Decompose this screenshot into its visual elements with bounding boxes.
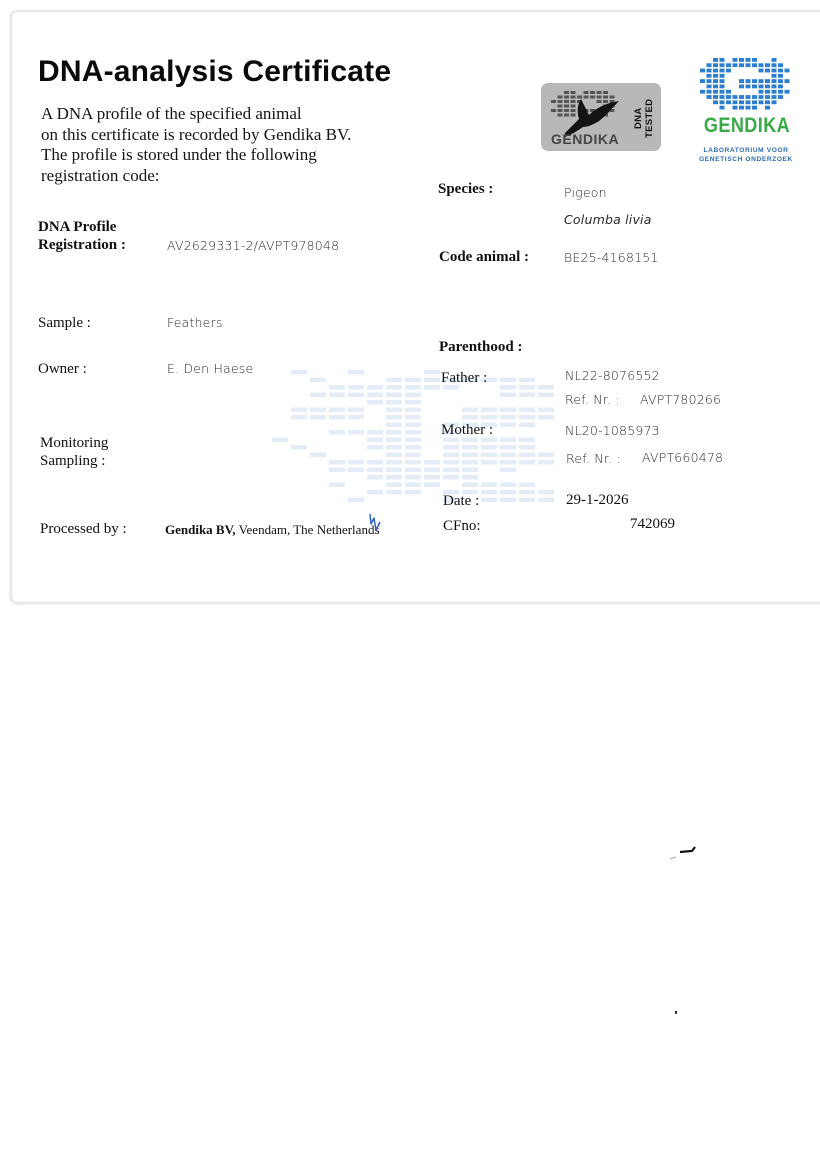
mother-ref-label: Ref. Nr. : [566,451,621,466]
monitoring-label: Sampling : [40,453,105,470]
dna-tested-sticker: GENDIKA DNA TESTED [541,83,661,151]
mother-ref-value: AVPT660478 [642,450,723,465]
intro-line: on this certificate is recorded by Gendi… [41,125,441,146]
mother-label: Mother : [441,422,493,439]
processed-location: Veendam, The Netherlands [236,522,380,537]
gendika-logo-icon [700,58,792,112]
intro-line: registration code: [41,166,441,187]
code-animal-label: Code animal : [439,249,529,266]
father-ref-value: AVPT780266 [640,392,721,407]
sample-value: Feathers [167,315,223,330]
cfno-label: CFno: [443,518,481,535]
father-value: NL22-8076552 [565,368,660,383]
processed-company: Gendika BV, [165,522,236,537]
registration-label: Registration : [38,237,126,254]
certificate-title: DNA-analysis Certificate [38,55,391,89]
registration-value: AV2629331-2/AVPT978048 [167,238,339,253]
certificate-intro: A DNA profile of the specified animal on… [41,104,441,186]
species-common: Pigeon [564,185,607,200]
processed-label: Processed by : [40,521,127,538]
date-value: 29-1-2026 [566,492,629,509]
scan-mark-icon [664,842,698,866]
owner-value: E. Den Haese [167,361,253,376]
species-label: Species : [438,181,493,198]
sticker-badge-text: DNA TESTED [633,91,649,145]
logo-tagline: LABORATORIUM VOOR GENETISCH ONDERZOEK [690,147,802,164]
father-label: Father : [441,370,487,387]
sticker-brand: GENDIKA [551,131,619,147]
father-ref-label: Ref. Nr. : [565,392,620,407]
code-animal-value: BE25-4168151 [564,250,659,265]
monitoring-label: Monitoring [40,435,108,452]
processed-value: Gendika BV, Veendam, The Netherlands [165,522,380,538]
intro-line: The profile is stored under the followin… [41,145,441,166]
sample-label: Sample : [38,315,91,332]
owner-label: Owner : [38,361,87,378]
cfno-value: 742069 [630,516,675,533]
scan-dot [675,1011,677,1014]
mother-value: NL20-1085973 [565,423,660,438]
date-label: Date : [443,493,479,510]
logo-tagline-line: LABORATORIUM VOOR [690,147,802,156]
parenthood-label: Parenthood : [439,339,522,356]
intro-line: A DNA profile of the specified animal [41,104,441,125]
logo-name: GENDIKA [704,114,788,138]
logo-tagline-line: GENETISCH ONDERZOEK [690,156,802,165]
species-latin: Columba livia [564,212,652,227]
signature-mark-icon [368,510,382,532]
registration-label: DNA Profile [38,219,116,236]
